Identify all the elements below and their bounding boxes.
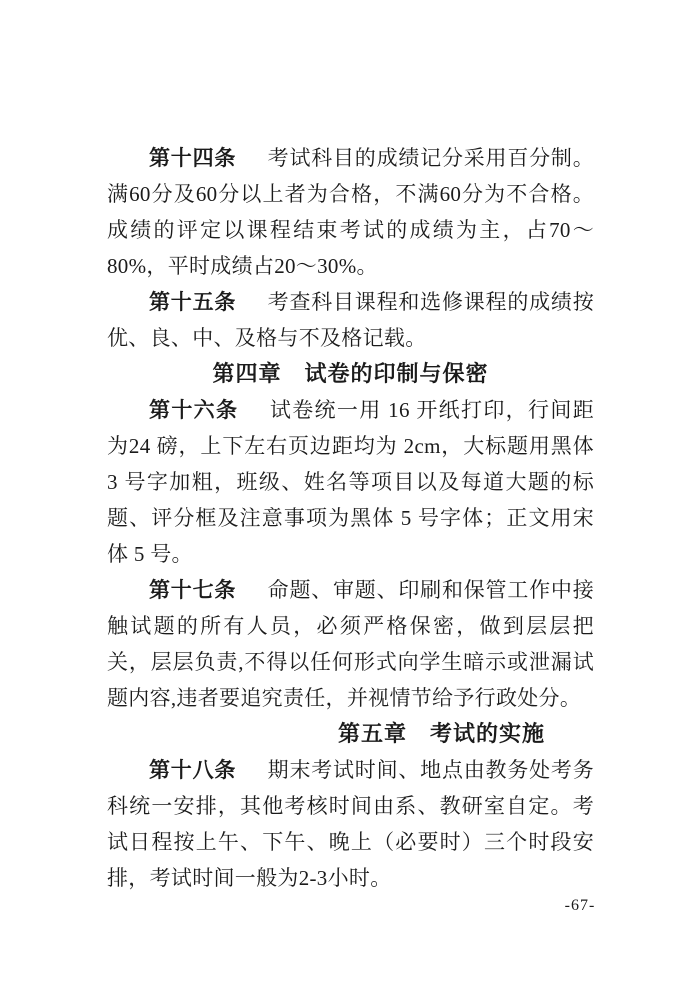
article-paragraph-17: 第十七条命题、审题、印刷和保管工作中接触试题的所有人员，必须严格保密，做到层层把… [107,572,594,716]
article-number: 第十四条 [149,146,236,170]
chapter-heading-4: 第四章 试卷的印制与保密 [107,356,594,392]
article-number: 第十八条 [149,758,236,782]
article-paragraph-14: 第十四条考试科目的成绩记分采用百分制。满60分及60分以上者为合格，不满60分为… [107,140,594,284]
chapter-heading-5: 第五章 考试的实施 [198,716,685,752]
article-paragraph-16: 第十六条试卷统一用 16 开纸打印，行间距为24 磅，上下左右页边距均为 2cm… [107,392,594,572]
article-text: 试卷统一用 16 开纸打印，行间距为24 磅，上下左右页边距均为 2cm，大标题… [107,398,594,566]
article-number: 第十五条 [149,290,236,314]
article-number: 第十六条 [149,398,238,422]
article-paragraph-15: 第十五条考查科目课程和选修课程的成绩按优、良、中、及格与不及格记载。 [107,284,594,356]
article-number: 第十七条 [149,578,236,602]
article-paragraph-18: 第十八条期末考试时间、地点由教务处考务科统一安排，其他考核时间由系、教研室自定。… [107,752,594,896]
document-page: 第十四条考试科目的成绩记分采用百分制。满60分及60分以上者为合格，不满60分为… [107,140,594,896]
page-number: -67- [548,896,612,916]
